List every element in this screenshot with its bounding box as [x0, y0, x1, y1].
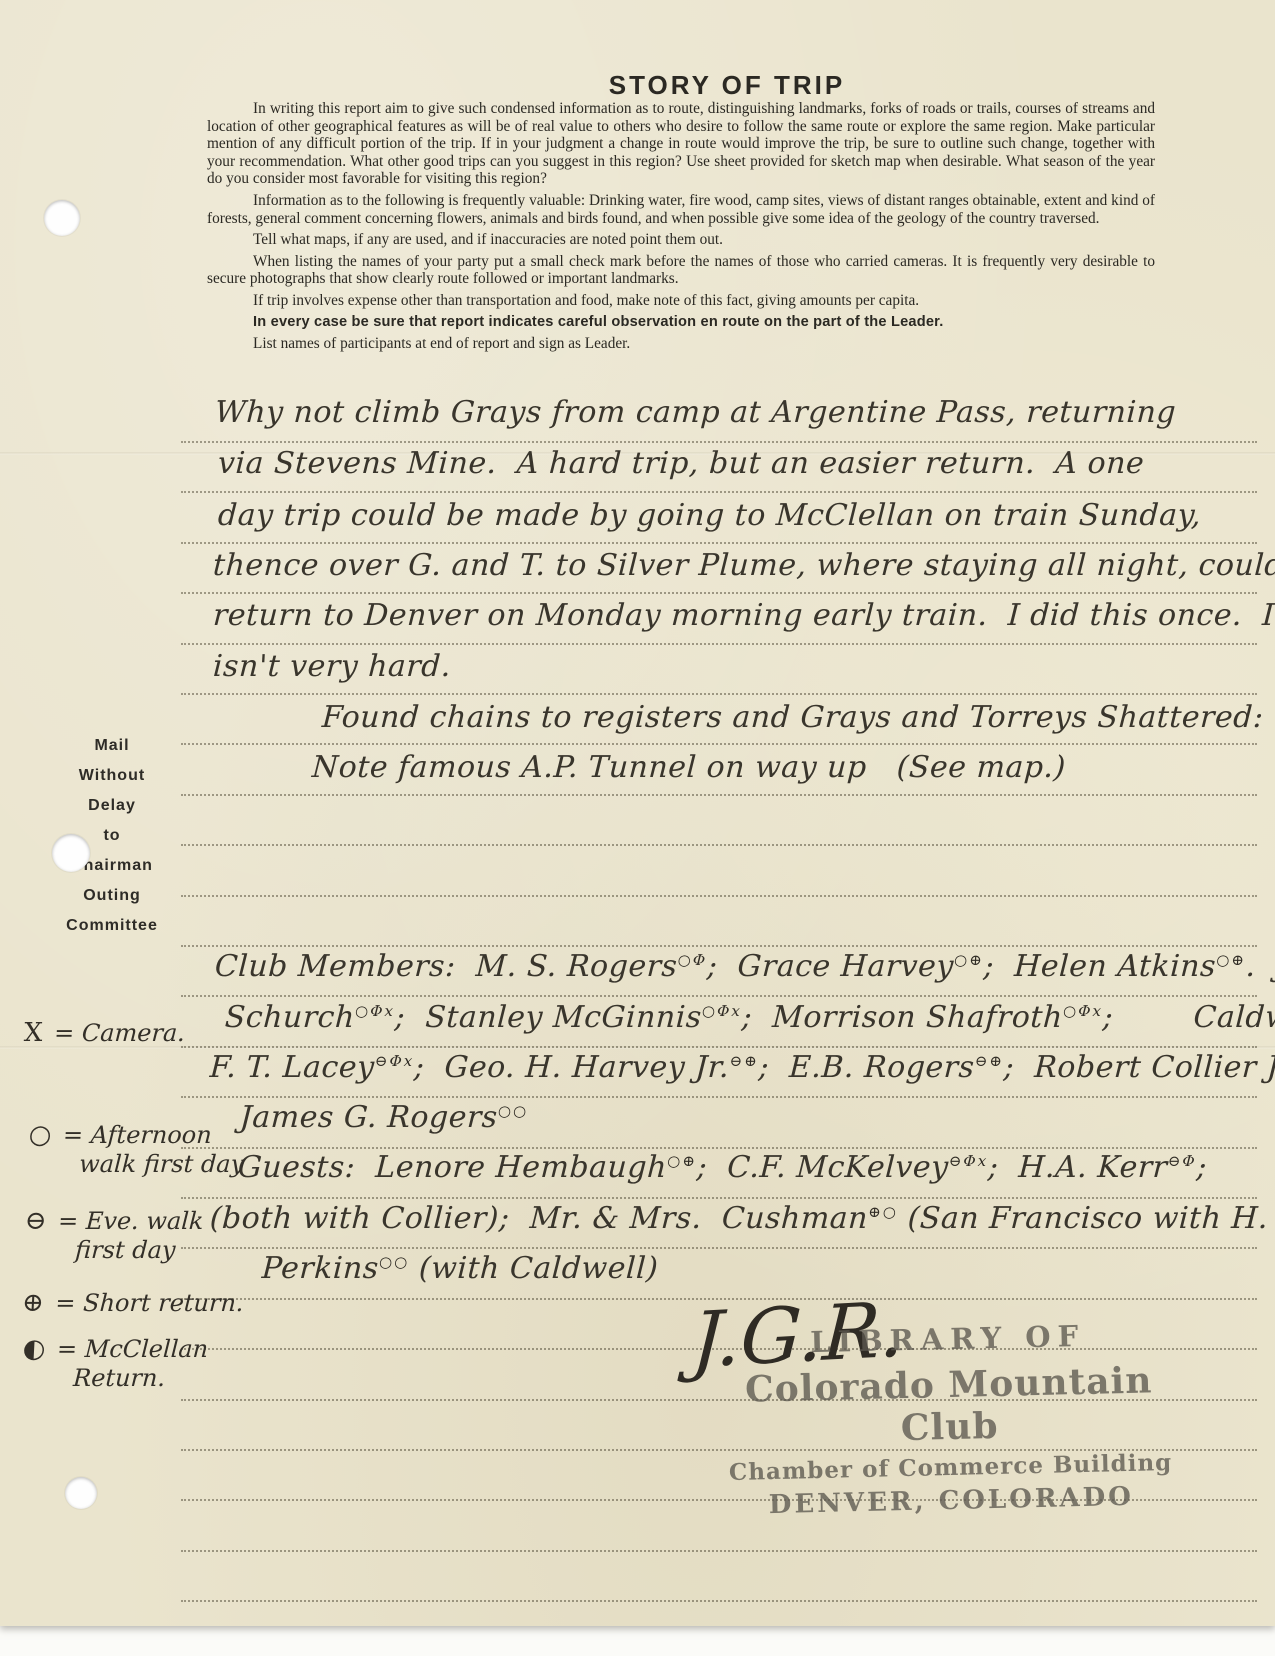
- legend-text: first day: [74, 1236, 202, 1264]
- punch-hole: [52, 834, 90, 872]
- margin-note-word: Outing: [52, 881, 172, 911]
- instructions-paragraph: Tell what maps, if any are used, and if …: [207, 231, 1155, 249]
- handwriting-line: isn't very hard.: [212, 652, 452, 682]
- ruled-line: [181, 441, 1257, 443]
- stamp-line: Chamber of Commerce Building: [713, 1449, 1188, 1487]
- handwriting-line: return to Denver on Monday morning early…: [212, 601, 1275, 631]
- ruled-line: [181, 592, 1257, 594]
- legend-item: ○ = Afternoon walk first day: [26, 1120, 246, 1178]
- instructions-block: In writing this report aim to give such …: [207, 100, 1155, 357]
- handwriting-line: Found chains to registers and Grays and …: [321, 703, 1264, 733]
- legend-text: Return.: [72, 1364, 207, 1392]
- handwriting-line: thence over G. and T. to Silver Plume, w…: [212, 551, 1275, 581]
- legend-symbol-short-return: ⊕: [21, 1288, 44, 1318]
- library-stamp: LIBRARY OF Colorado Mountain Club Chambe…: [710, 1317, 1189, 1522]
- legend-symbol-camera: X: [23, 1018, 43, 1048]
- ruled-line: [181, 693, 1257, 695]
- legend-item: X = Camera.: [23, 1018, 186, 1048]
- instructions-paragraph: Information as to the following is frequ…: [207, 192, 1155, 227]
- ruled-line: [181, 643, 1257, 645]
- roster-line: Guests: Lenore Hembaugh○⊕; C.F. McKelvey…: [237, 1146, 1208, 1183]
- legend-text: = Camera.: [53, 1019, 185, 1047]
- legend-symbol-afternoon-walk: ○: [28, 1120, 52, 1150]
- scanned-page: STORY OF TRIP In writing this report aim…: [0, 0, 1275, 1626]
- page-title: STORY OF TRIP: [207, 70, 1247, 101]
- legend-symbol-mcclellan-return: ◐: [22, 1334, 46, 1364]
- margin-note-word: Mail: [52, 731, 172, 761]
- ruled-line: [181, 844, 1257, 846]
- ruled-line: [181, 491, 1257, 493]
- handwriting-line: via Stevens Mine. A hard trip, but an ea…: [217, 449, 1145, 479]
- handwriting-line: day trip could be made by going to McCle…: [217, 501, 1202, 531]
- legend-symbol-evening-walk: ⊖: [24, 1206, 47, 1236]
- legend-text: walk first day: [78, 1150, 244, 1178]
- margin-note-word: Without: [52, 761, 172, 791]
- instructions-paragraph-emphasis: In every case be sure that report indica…: [207, 314, 1155, 332]
- legend-text: = Short return.: [55, 1289, 245, 1317]
- roster-line: James G. Rogers○○: [239, 1096, 529, 1133]
- legend-text: = Afternoon: [62, 1121, 212, 1149]
- legend-text: = Eve. walk: [57, 1207, 204, 1235]
- margin-note-word: Delay: [52, 791, 172, 821]
- ruled-line: [181, 794, 1257, 796]
- instructions-paragraph: If trip involves expense other than tran…: [207, 292, 1155, 310]
- punch-hole: [65, 1477, 97, 1509]
- ruled-line: [181, 743, 1257, 745]
- handwriting-line: Note famous A.P. Tunnel on way up (See m…: [311, 753, 1066, 783]
- instructions-paragraph: In writing this report aim to give such …: [207, 100, 1155, 188]
- legend-item: ⊕ = Short return.: [21, 1288, 244, 1318]
- roster-line: F. T. Lacey⊖Φx; Geo. H. Harvey Jr.⊖⊕; E.…: [209, 1046, 1275, 1083]
- instructions-paragraph: List names of participants at end of rep…: [207, 335, 1155, 353]
- legend-item: ⊖ = Eve. walk first day: [22, 1206, 204, 1264]
- margin-note-word: Committee: [52, 911, 172, 941]
- ruled-line: [181, 895, 1257, 897]
- roster-line: Schurch○Φx; Stanley McGinnis○Φx; Morriso…: [224, 996, 1275, 1033]
- handwriting-line: Why not climb Grays from camp at Argenti…: [214, 398, 1177, 428]
- stamp-line: Colorado Mountain Club: [711, 1359, 1188, 1454]
- roster-line: (both with Collier); Mr. & Mrs. Cushman⊕…: [209, 1197, 1275, 1234]
- ruled-line: [181, 1600, 1257, 1602]
- roster-line: Club Members: M. S. Rogers○Φ; Grace Harv…: [214, 945, 1275, 982]
- instructions-paragraph: When listing the names of your party put…: [207, 253, 1155, 288]
- punch-hole: [44, 200, 80, 236]
- legend-item: ◐ = McClellan Return.: [20, 1334, 208, 1392]
- roster-line: Perkins○○ (with Caldwell): [261, 1247, 659, 1284]
- ruled-line: [181, 542, 1257, 544]
- ruled-line: [181, 1550, 1257, 1552]
- legend-text: = McClellan: [56, 1335, 209, 1363]
